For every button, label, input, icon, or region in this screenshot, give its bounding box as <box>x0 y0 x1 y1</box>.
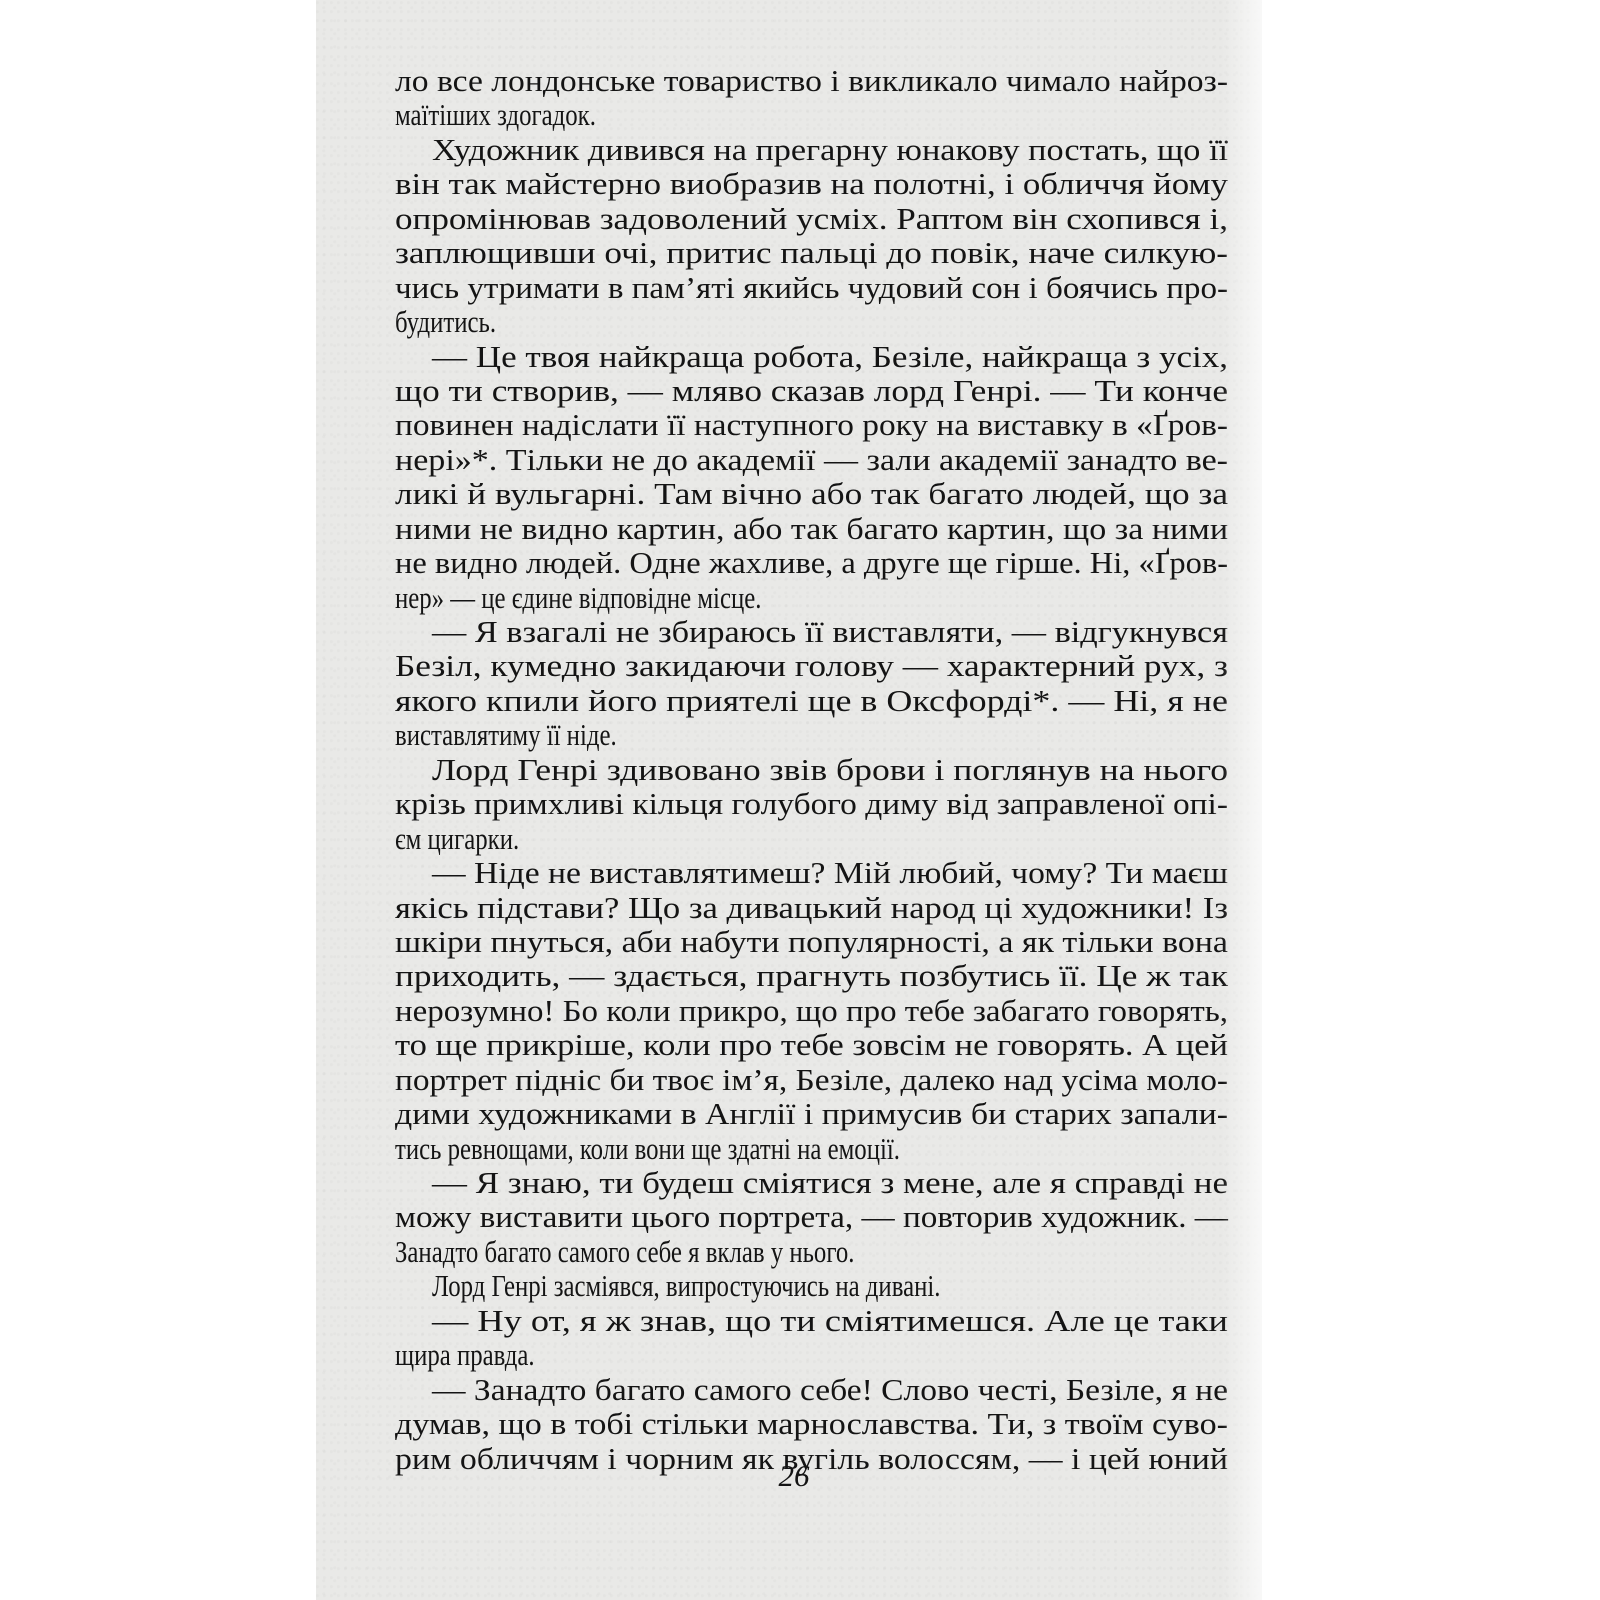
text-line: виставлятиму її ніде. <box>395 718 1228 752</box>
text-line: тись ревнощами, коли вони ще здатні на е… <box>395 1132 1228 1166</box>
text-line: якого кпили його приятелі ще в Оксфорді*… <box>395 684 1228 718</box>
text-line: єм цигарки. <box>395 822 1228 856</box>
text-line: ними не видно картин, або так багато кар… <box>395 512 1228 546</box>
text-line: — Це твоя найкраща робота, Безіле, найкр… <box>395 340 1228 374</box>
text-line: нер» — це єдине відповідне місце. <box>395 581 1228 615</box>
text-line: — Ну от, я ж знав, що ти сміятимешся. Ал… <box>395 1304 1228 1338</box>
text-line: — Занадто багато самого себе! Слово чест… <box>395 1373 1228 1407</box>
text-line: шкіри пнуться, аби набути популярності, … <box>395 925 1228 959</box>
text-line: дими художниками в Англії і примусив би … <box>395 1097 1228 1131</box>
text-line: що ти створив, — мляво сказав лорд Генрі… <box>395 374 1228 408</box>
text-line: заплющивши очі, притис пальці до повік, … <box>395 236 1228 270</box>
text-line: маїтіших здогадок. <box>395 98 1228 132</box>
text-line: нерозумно! Бо коли прикро, що про тебе з… <box>395 994 1228 1028</box>
text-line: будитись. <box>395 305 1228 339</box>
text-line: крізь примхливі кільця голубого диму від… <box>395 787 1228 821</box>
text-line: — Я взагалі не збираюсь її виставляти, —… <box>395 615 1228 649</box>
text-line: якісь підстави? Що за дивацький народ ці… <box>395 891 1228 925</box>
text-line: він так майстерно виобразив на полотні, … <box>395 167 1228 201</box>
text-line: портрет підніс би твоє ім’я, Безіле, дал… <box>395 1063 1228 1097</box>
text-line: Лорд Генрі засміявся, випростуючись на д… <box>395 1269 1228 1303</box>
text-line: опромінював задоволений усміх. Раптом ві… <box>395 202 1228 236</box>
text-line: нері»*. Тільки не до академії — зали ака… <box>395 443 1228 477</box>
text-line: Безіл, кумедно закидаючи голову — характ… <box>395 649 1228 683</box>
text-line: Лорд Генрі здивовано звів брови і поглян… <box>395 753 1228 787</box>
text-line: — Я знаю, ти будеш сміятися з мене, але … <box>395 1166 1228 1200</box>
text-line: можу виставити цього портрета, — повтори… <box>395 1200 1228 1234</box>
page-number: 26 <box>321 1458 1267 1494</box>
text-line: щира правда. <box>395 1338 1228 1372</box>
book-page: ло все лондонське товариство і викликало… <box>316 0 1262 1600</box>
text-line: думав, що в тобі стільки марнославства. … <box>395 1407 1228 1441</box>
body-text: ло все лондонське товариство і викликало… <box>395 64 1228 1476</box>
text-line: ло все лондонське товариство і викликало… <box>395 64 1228 98</box>
text-line: — Ніде не виставлятимеш? Мій любий, чому… <box>395 856 1228 890</box>
text-line: чись утримати в пам’яті якийсь чудовий с… <box>395 271 1228 305</box>
text-line: повинен надіслати її наступного року на … <box>395 408 1228 442</box>
text-line: приходить, — здається, прагнуть позбутис… <box>395 959 1228 993</box>
text-line: то ще прикріше, коли про тебе зовсім не … <box>395 1028 1228 1062</box>
text-line: ликі й вульгарні. Там вічно або так бага… <box>395 477 1228 511</box>
text-line: не видно людей. Одне жахливе, а друге ще… <box>395 546 1228 580</box>
text-line: Художник дивився на прегарну юнакову пос… <box>395 133 1228 167</box>
text-line: Занадто багато самого себе я вклав у ньо… <box>395 1235 1228 1269</box>
